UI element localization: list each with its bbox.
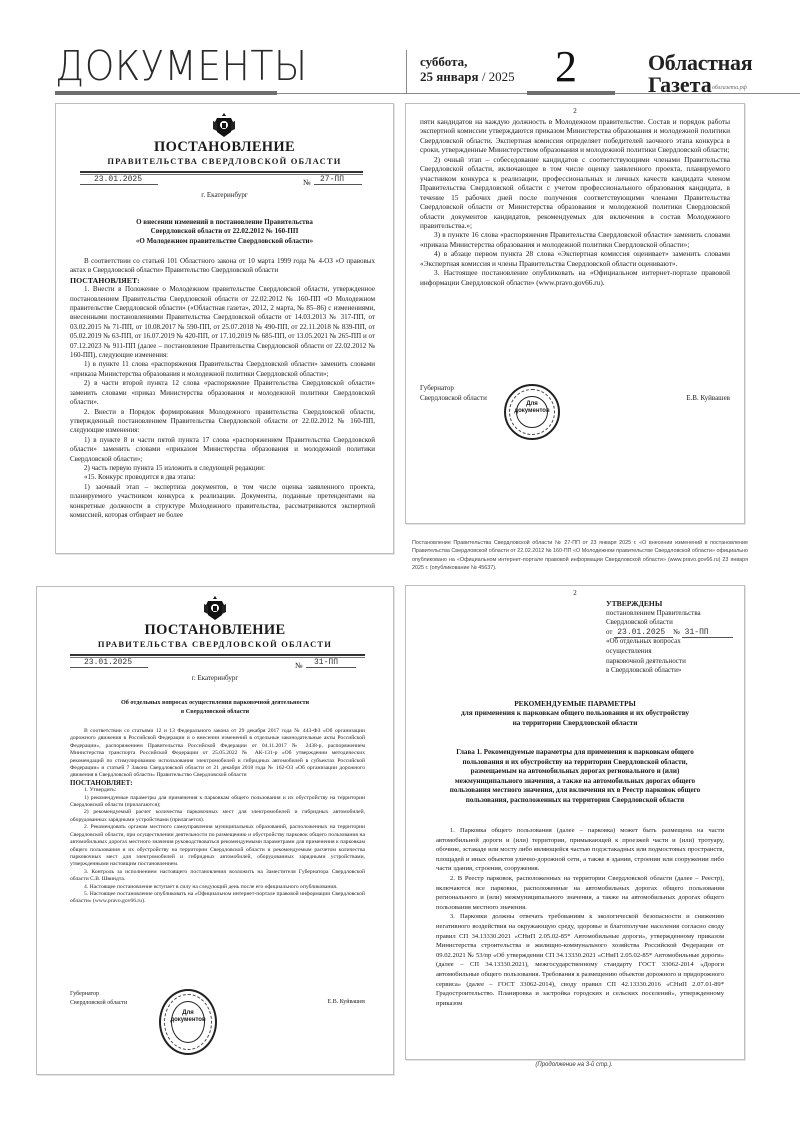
newspaper-logo-line1: Областная xyxy=(648,52,752,74)
document-city: г. Екатеринбург xyxy=(37,674,393,682)
document-city: г. Екатеринбург xyxy=(56,191,393,199)
issue-day: 25 января xyxy=(420,69,479,84)
newspaper-url: облгазета.рф xyxy=(712,85,747,91)
paragraph: 3. Контроль за исполнением настоящего по… xyxy=(70,869,365,884)
approval-number: 31-ПП xyxy=(682,628,733,638)
paragraph: 1) заочный этап – экспертиза документов,… xyxy=(70,483,375,521)
stamp-text-line: документов xyxy=(506,408,558,415)
appendix-title: РЕКОМЕНДУЕМЫЕ ПАРАМЕТРЫ для применения к… xyxy=(416,699,734,727)
approval-line: осуществления xyxy=(606,647,733,657)
decree-31-page-1: ПОСТАНОВЛЕНИЕ ПРАВИТЕЛЬСТВА СВЕРДЛОВСКОЙ… xyxy=(36,586,394,1075)
document-date: 23.01.2025 xyxy=(80,175,158,185)
chapter-line: пользования и их обустройству на террито… xyxy=(416,758,734,768)
approval-date: 23.01.2025 xyxy=(614,628,673,638)
inner-page-number: 2 xyxy=(406,589,744,597)
paragraph: 1. Внести в Положение о Молодежном прави… xyxy=(70,285,375,360)
heading-line: О внесении изменений в постановление Пра… xyxy=(76,218,373,227)
document-body: В соответствии со статьями 12 и 13 Федер… xyxy=(70,728,365,906)
header-rule xyxy=(80,171,363,173)
paragraph: «15. Конкурс проводится в два этапа: xyxy=(70,473,375,482)
issue-year: / 2025 xyxy=(482,69,515,84)
approval-block: УТВЕРЖДЕНЫ постановлением Правительства … xyxy=(606,599,733,676)
stamp-text: Для документов xyxy=(161,1010,215,1024)
paragraph: 4. Настоящее постановление вступает в си… xyxy=(70,884,365,891)
approval-line: «Об отдельных вопросах xyxy=(606,637,733,647)
document-number: 31-ПП xyxy=(306,658,356,668)
stamp-text-line: Для xyxy=(161,1010,215,1017)
heading-line: «О Молодежном правительстве Свердловской… xyxy=(76,237,373,246)
paragraph: 2. Внести в Порядок формирования Молодеж… xyxy=(70,408,375,436)
intro-paragraph: В соответствии со статьей 101 Областного… xyxy=(70,257,375,276)
document-body: В соответствии со статьей 101 Областного… xyxy=(70,257,375,520)
continued-note: (Продолжение на 3-й стр.). xyxy=(405,1062,743,1068)
signer-name: Е.В. Куйвашев xyxy=(328,999,365,1005)
number-label: № xyxy=(303,178,311,187)
paragraph: 3. Парковки должны отвечать требованиям … xyxy=(436,912,724,1008)
masthead-divider xyxy=(406,50,407,94)
signer-title-line: Свердловской области xyxy=(70,999,127,1008)
decree-27-page-1: ПОСТАНОВЛЕНИЕ ПРАВИТЕЛЬСТВА СВЕРДЛОВСКОЙ… xyxy=(55,103,394,554)
approval-line: постановлением Правительства xyxy=(606,609,733,619)
stamp-seal-icon: Для документов xyxy=(159,989,217,1055)
document-body: 1. Парковка общего пользования (далее – … xyxy=(436,826,724,1008)
paragraph: 2) очный этап – собеседование кандидатов… xyxy=(420,155,730,231)
document-date: 23.01.2025 xyxy=(70,658,148,668)
appendix-title-line: на территории Свердловской области xyxy=(416,718,734,727)
header-rule xyxy=(70,654,365,656)
approval-number-label: № xyxy=(673,628,680,636)
paragraph: 1. Утвердить: xyxy=(70,787,365,794)
stamp-text-line: Для xyxy=(506,401,558,408)
newspaper-logo-line2: Газета xyxy=(648,74,712,96)
heading-line: Об отдельных вопросах осуществления парк… xyxy=(57,699,373,708)
approval-from-label: от xyxy=(606,628,612,636)
paragraph: 2. Рекомендовать органам местного самоуп… xyxy=(70,824,365,868)
paragraph: 5. Настоящее постановление опубликовать … xyxy=(70,891,365,906)
paragraph: 4) в абзаце первом пункта 28 слова «Эксп… xyxy=(420,249,730,268)
paragraph: 1) рекомендуемые параметры для применени… xyxy=(70,795,365,810)
paragraph: 2. В Реестр парковок, расположенных на т… xyxy=(436,874,724,912)
chapter-line: пользования, расположенных на территории… xyxy=(416,796,734,806)
signer-title-line: Губернатор xyxy=(420,384,487,394)
paragraph: 3) в пункте 16 слова «распоряжения Прави… xyxy=(420,230,730,249)
paragraph: 1. Парковка общего пользования (далее – … xyxy=(436,826,724,874)
paragraph: 1) в пункте 11 слова «распоряжения Прави… xyxy=(70,360,375,379)
decree-word: ПОСТАНОВЛЯЕТ: xyxy=(70,276,375,285)
signer-title-line: Губернатор xyxy=(70,990,127,999)
intro-paragraph: В соответствии со статьями 12 и 13 Федер… xyxy=(70,728,365,780)
decree-word: ПОСТАНОВЛЯЕТ: xyxy=(70,780,365,787)
paragraph: 2) рекомендуемый расчет количества парко… xyxy=(70,809,365,824)
page-number-underline xyxy=(527,91,615,95)
publication-note: Постановление Правительства Свердловской… xyxy=(412,539,748,573)
decree-31-appendix-page-2: 2 УТВЕРЖДЕНЫ постановлением Правительств… xyxy=(405,585,745,1060)
paragraph: 1) в пункте 8 и части пятой пункта 17 сл… xyxy=(70,436,375,464)
heading-line: в Свердловской области xyxy=(57,708,373,717)
paragraph: пяти кандидатов на каждую должность в Мо… xyxy=(420,117,730,155)
paragraph: 3. Настоящее постановление опубликовать … xyxy=(420,268,730,287)
stamp-text: Для документов xyxy=(506,401,558,415)
chapter-line: пользования местного значения, для включ… xyxy=(416,786,734,796)
approval-line: парковочной деятельности xyxy=(606,657,733,667)
signer-name: Е.В. Куйвашев xyxy=(686,394,730,402)
paragraph: 2) часть первую пункта 15 изложить в сле… xyxy=(70,464,375,473)
chapter-line: межмуниципального значения, а также на а… xyxy=(416,777,734,787)
signer-title: Губернатор Свердловской области xyxy=(420,384,487,403)
issue-date: суббота, 25 января / 2025 xyxy=(420,54,515,84)
approval-line: в Свердловской области» xyxy=(606,666,733,676)
appendix-title-line: для применения к парковкам общего пользо… xyxy=(416,708,734,717)
appendix-title-line: РЕКОМЕНДУЕМЫЕ ПАРАМЕТРЫ xyxy=(416,699,734,708)
document-type: ПОСТАНОВЛЕНИЕ xyxy=(56,139,393,156)
chapter-line: Глава 1. Рекомендуемые параметры для при… xyxy=(416,748,734,758)
stamp-seal-icon: Для документов xyxy=(504,384,560,440)
issuing-authority: ПРАВИТЕЛЬСТВА СВЕРДЛОВСКОЙ ОБЛАСТИ xyxy=(56,156,393,166)
paragraph: 2) в части второй пункта 12 слова «распо… xyxy=(70,379,375,407)
document-body: пяти кандидатов на каждую должность в Мо… xyxy=(420,117,730,287)
signer-title-line: Свердловской области xyxy=(420,394,487,404)
page-number: 2 xyxy=(555,44,577,90)
approval-line: Свердловской области xyxy=(606,618,733,628)
coat-of-arms-icon xyxy=(211,112,237,138)
signer-title: Губернатор Свердловской области xyxy=(70,990,127,1007)
document-heading: Об отдельных вопросах осуществления парк… xyxy=(57,699,373,716)
number-label: № xyxy=(295,661,303,670)
issue-weekday: суббота, xyxy=(420,54,515,69)
approval-title: УТВЕРЖДЕНЫ xyxy=(606,599,733,609)
decree-27-page-2: 2 пяти кандидатов на каждую должность в … xyxy=(405,103,745,524)
issuing-authority: ПРАВИТЕЛЬСТВА СВЕРДЛОВСКОЙ ОБЛАСТИ xyxy=(37,639,393,649)
section-title-underline xyxy=(55,91,277,95)
inner-page-number: 2 xyxy=(406,107,744,115)
chapter-line: размещаемым на автомобильных дорогах рег… xyxy=(416,767,734,777)
document-type: ПОСТАНОВЛЕНИЕ xyxy=(37,622,393,639)
document-number: 27-ПП xyxy=(314,175,362,185)
chapter-heading: Глава 1. Рекомендуемые параметры для при… xyxy=(416,748,734,806)
section-title: ДОКУМЕНТЫ xyxy=(55,44,308,88)
heading-line: Свердловской области от 22.02.2012 № 160… xyxy=(76,227,373,236)
coat-of-arms-icon xyxy=(202,595,228,621)
stamp-text-line: документов xyxy=(161,1017,215,1024)
document-heading: О внесении изменений в постановление Пра… xyxy=(76,218,373,246)
